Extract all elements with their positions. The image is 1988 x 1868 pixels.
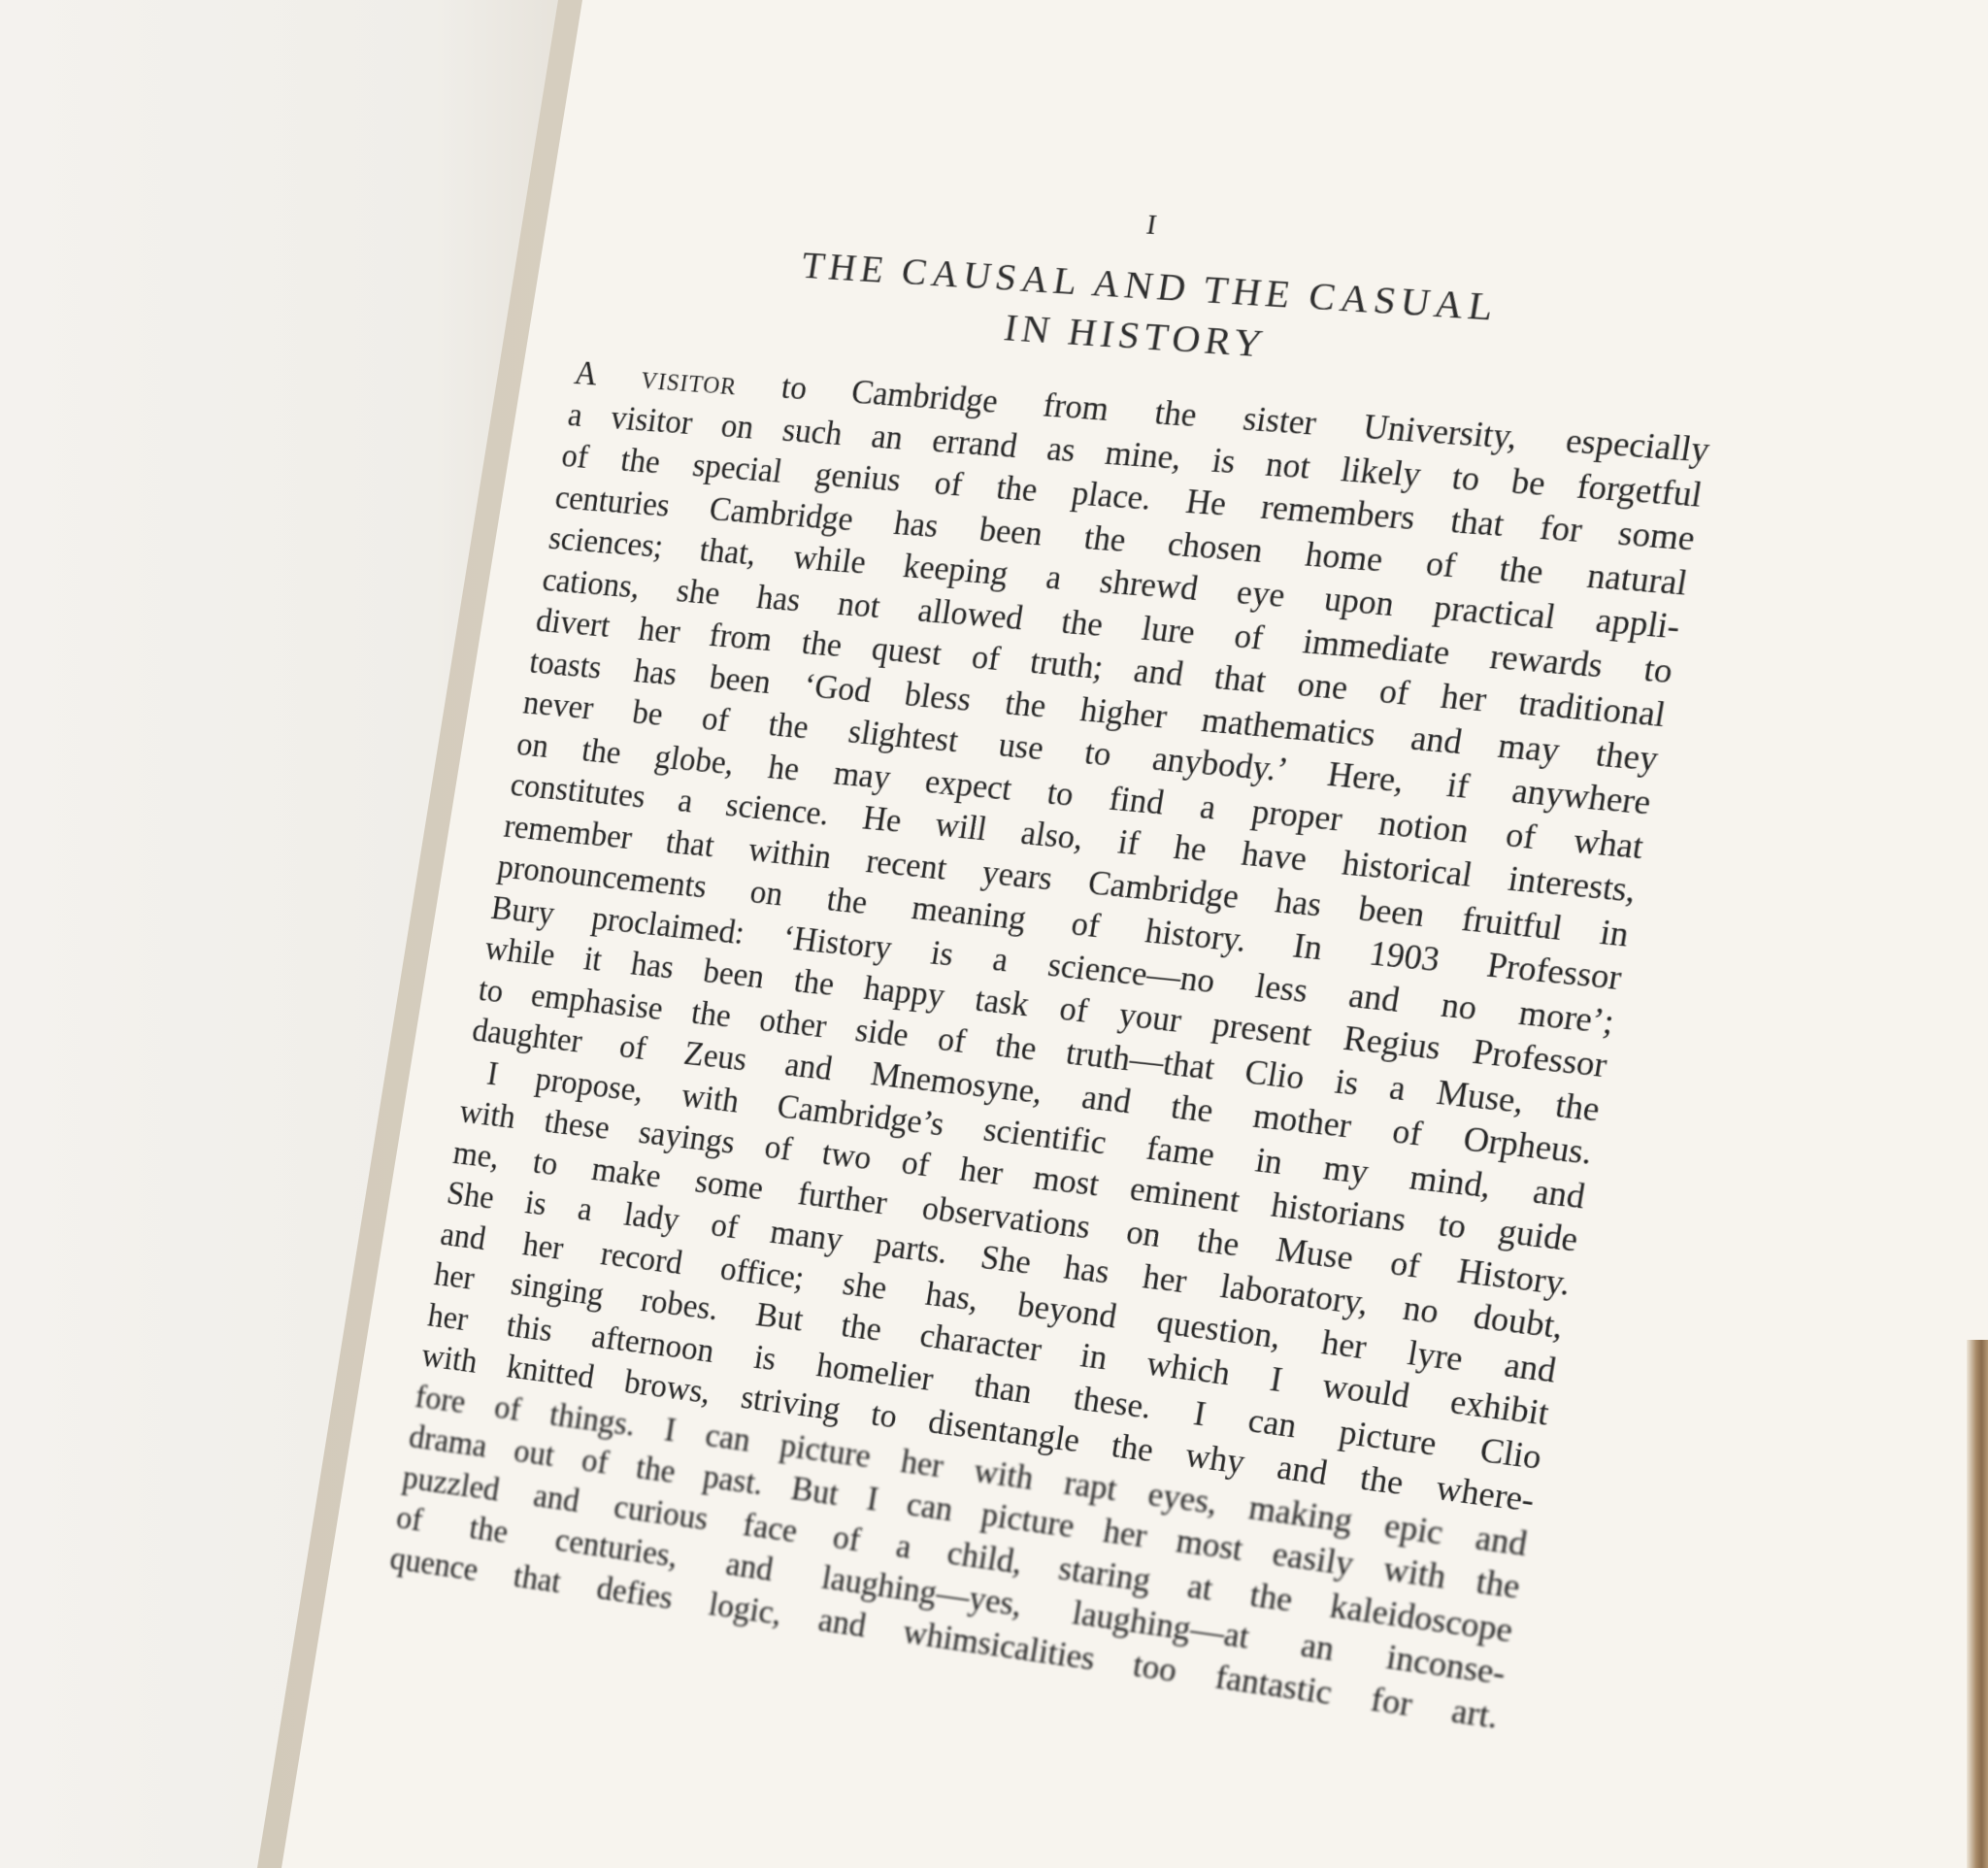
paragraph-1: A visitor to Cambridge from the sister U…: [470, 352, 1713, 1175]
book-edge: [1967, 1340, 1988, 1868]
opening-small-caps: A visitor: [572, 354, 740, 402]
